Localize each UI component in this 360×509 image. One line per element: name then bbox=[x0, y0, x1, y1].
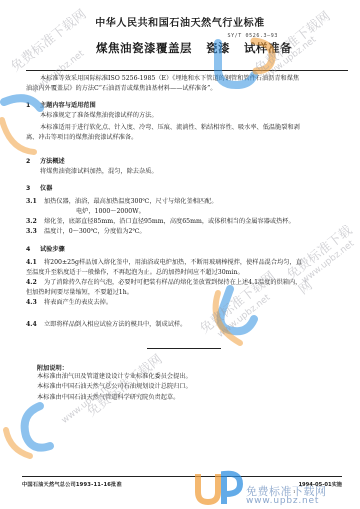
item-3-3: 3.3温度计，0～300℃，分度值为2℃。 bbox=[26, 227, 146, 237]
watermark-url: www.upbz.net bbox=[300, 239, 356, 286]
item-3-2: 3.2熔化釜，底部直径85mm，沿口直径95mm，高度65mm，或体积相当的金属… bbox=[26, 217, 295, 227]
section-2-heading: 2方法概述 bbox=[26, 156, 65, 165]
item-4-1: 4.1将200±25g样品加入熔化釜中，用油浴或电炉加热，不断用玻璃棒搅拌，使样… bbox=[26, 258, 302, 268]
item-3-1: 3.1加热仪器，油浴，最高加热温度300℃，尺寸与熔化釜相匹配。 bbox=[26, 197, 217, 207]
section-1-heading: 1主题内容与适用范围 bbox=[26, 100, 96, 109]
item-3-1-continuation: 电炉，1000～2000W。 bbox=[76, 207, 145, 217]
watermark-site-url: www.upbz.net bbox=[246, 496, 319, 506]
footer-divider bbox=[22, 476, 342, 477]
issuing-organization: 中华人民共和国石油天然气行业标准 bbox=[0, 14, 360, 29]
item-4-2: 4.2为了消除持久存在的气泡，必要时可把装有样品的熔化釜放置到保持在上述4.1温… bbox=[26, 278, 301, 288]
intro-line-1: 本标准等效采用国际标准ISO 5256-1985（E）《埋地和水下管道的钢管和管… bbox=[40, 74, 299, 84]
document-title: 煤焦油瓷漆覆盖层瓷漆试样准备 bbox=[96, 40, 292, 56]
item-4-2-continuation: 但加热时间要尽量缩短，不要超过1h。 bbox=[26, 288, 133, 298]
watermark-url: www.upbz.net bbox=[216, 293, 272, 340]
intro-line-2: 油涂内外覆盖层》的方法C“石油沥青或煤焦油基材料——试样准备”。 bbox=[26, 84, 217, 94]
document-page: 中华人民共和国石油天然气行业标准 SY/T 0526.3—93 煤焦油瓷漆覆盖层… bbox=[0, 0, 360, 509]
section-1-paragraph-3: 离、冲击等项目的煤焦油瓷漆试样准备。 bbox=[26, 133, 137, 143]
section-1-paragraph-1: 本标准规定了准备煤焦油瓷漆试样的方法。 bbox=[40, 111, 158, 121]
watermark-logo-icon bbox=[0, 400, 70, 460]
additional-note-3: 本标准由中国石油天然气管道科学研究院负责起草。 bbox=[37, 393, 179, 403]
standard-code: SY/T 0526.3—93 bbox=[227, 33, 278, 39]
end-of-text-rule bbox=[147, 348, 221, 349]
item-4-3: 4.3将表面产生的表皮去掉。 bbox=[26, 298, 112, 308]
title-part-3: 试样准备 bbox=[244, 41, 292, 55]
additional-notes-heading: 附加说明： bbox=[37, 363, 68, 372]
item-4-1-continuation: 至温度升至粘度适于一般操作，不再起泡为止。总的加热时间应不超过30min。 bbox=[26, 268, 244, 278]
additional-note-2: 本标准由中国石油天然气总公司石油规划设计总院归口。 bbox=[37, 382, 192, 392]
header-divider bbox=[26, 70, 348, 71]
section-4-heading: 4试验步骤 bbox=[26, 244, 65, 253]
approval-date: 中国石油天然气总公司1993-11-16批准 bbox=[22, 481, 122, 488]
section-1-paragraph-2: 本标准适用于进行软化点、针入度、冷弯、压痕、流淌性、粘结相容性、吸水率、低温脆裂… bbox=[40, 123, 300, 133]
additional-note-1: 本标准由油气田及管道建设设计专业标准化委员会提出。 bbox=[37, 372, 192, 382]
title-part-2: 瓷漆 bbox=[206, 41, 230, 55]
title-part-1: 煤焦油瓷漆覆盖层 bbox=[96, 41, 192, 55]
section-3-heading: 3仪器 bbox=[26, 183, 52, 192]
watermark-logo-icon bbox=[200, 285, 280, 355]
item-4-4: 4.4立即将样品倒入相应试验方法的模具中，制成试样。 bbox=[26, 320, 186, 330]
section-2-paragraph: 将煤焦油瓷漆试料加热，混匀，除去杂质。 bbox=[40, 167, 158, 177]
